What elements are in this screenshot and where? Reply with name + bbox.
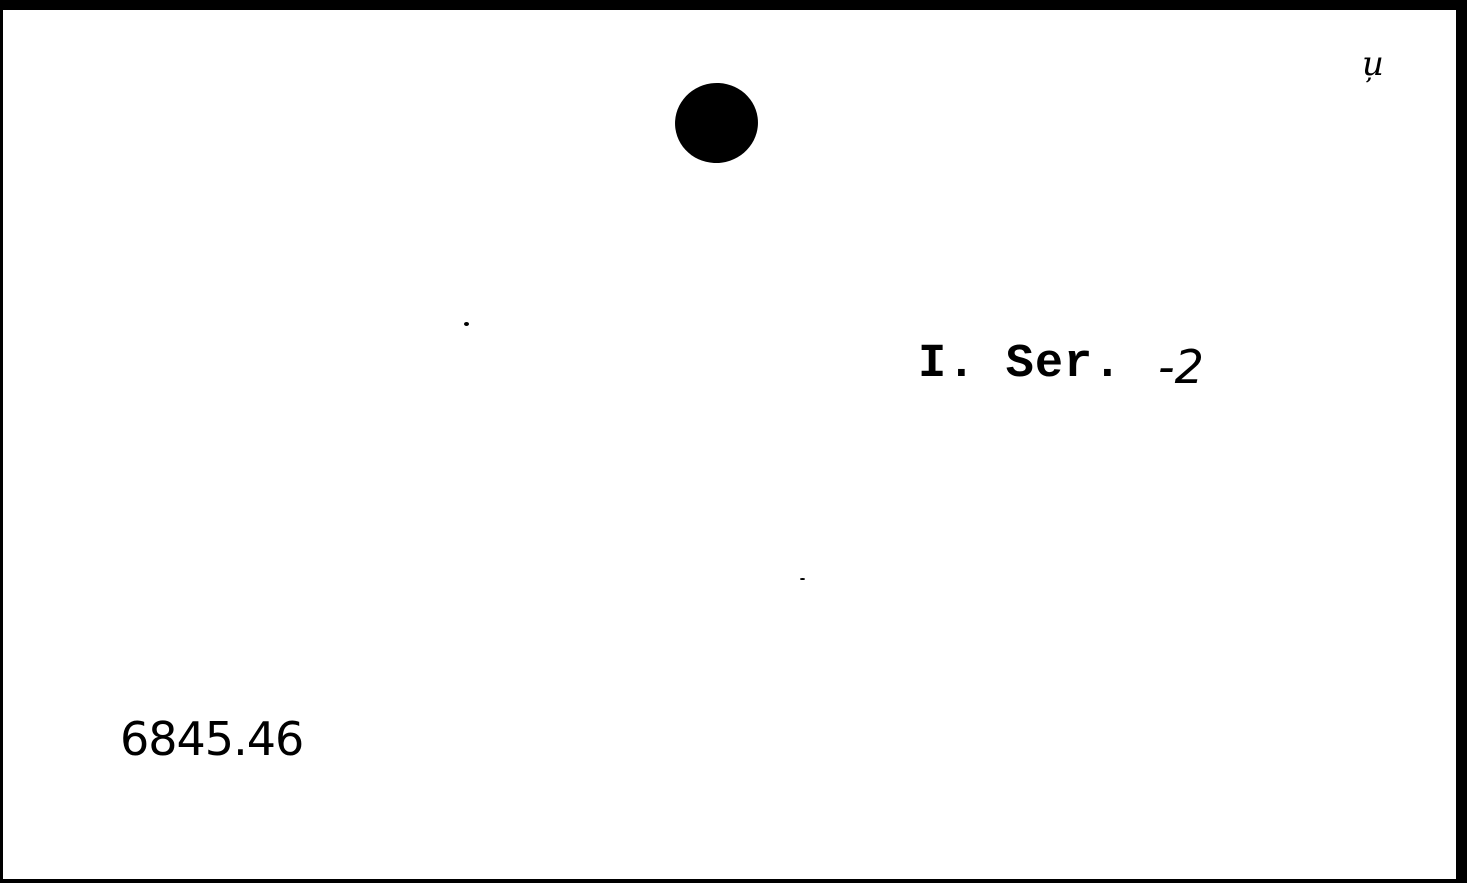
handwritten-catalog-number: 6845.46	[120, 712, 303, 766]
ink-speck	[464, 322, 469, 326]
scan-border-top	[0, 0, 1467, 4]
typed-series-label: I. Ser.	[918, 338, 1122, 391]
handwritten-series-suffix: -2	[1158, 340, 1204, 394]
scan-border-right	[1456, 0, 1467, 883]
handwritten-corner-annotation: u̦	[1362, 44, 1384, 84]
ink-speck	[800, 578, 805, 580]
